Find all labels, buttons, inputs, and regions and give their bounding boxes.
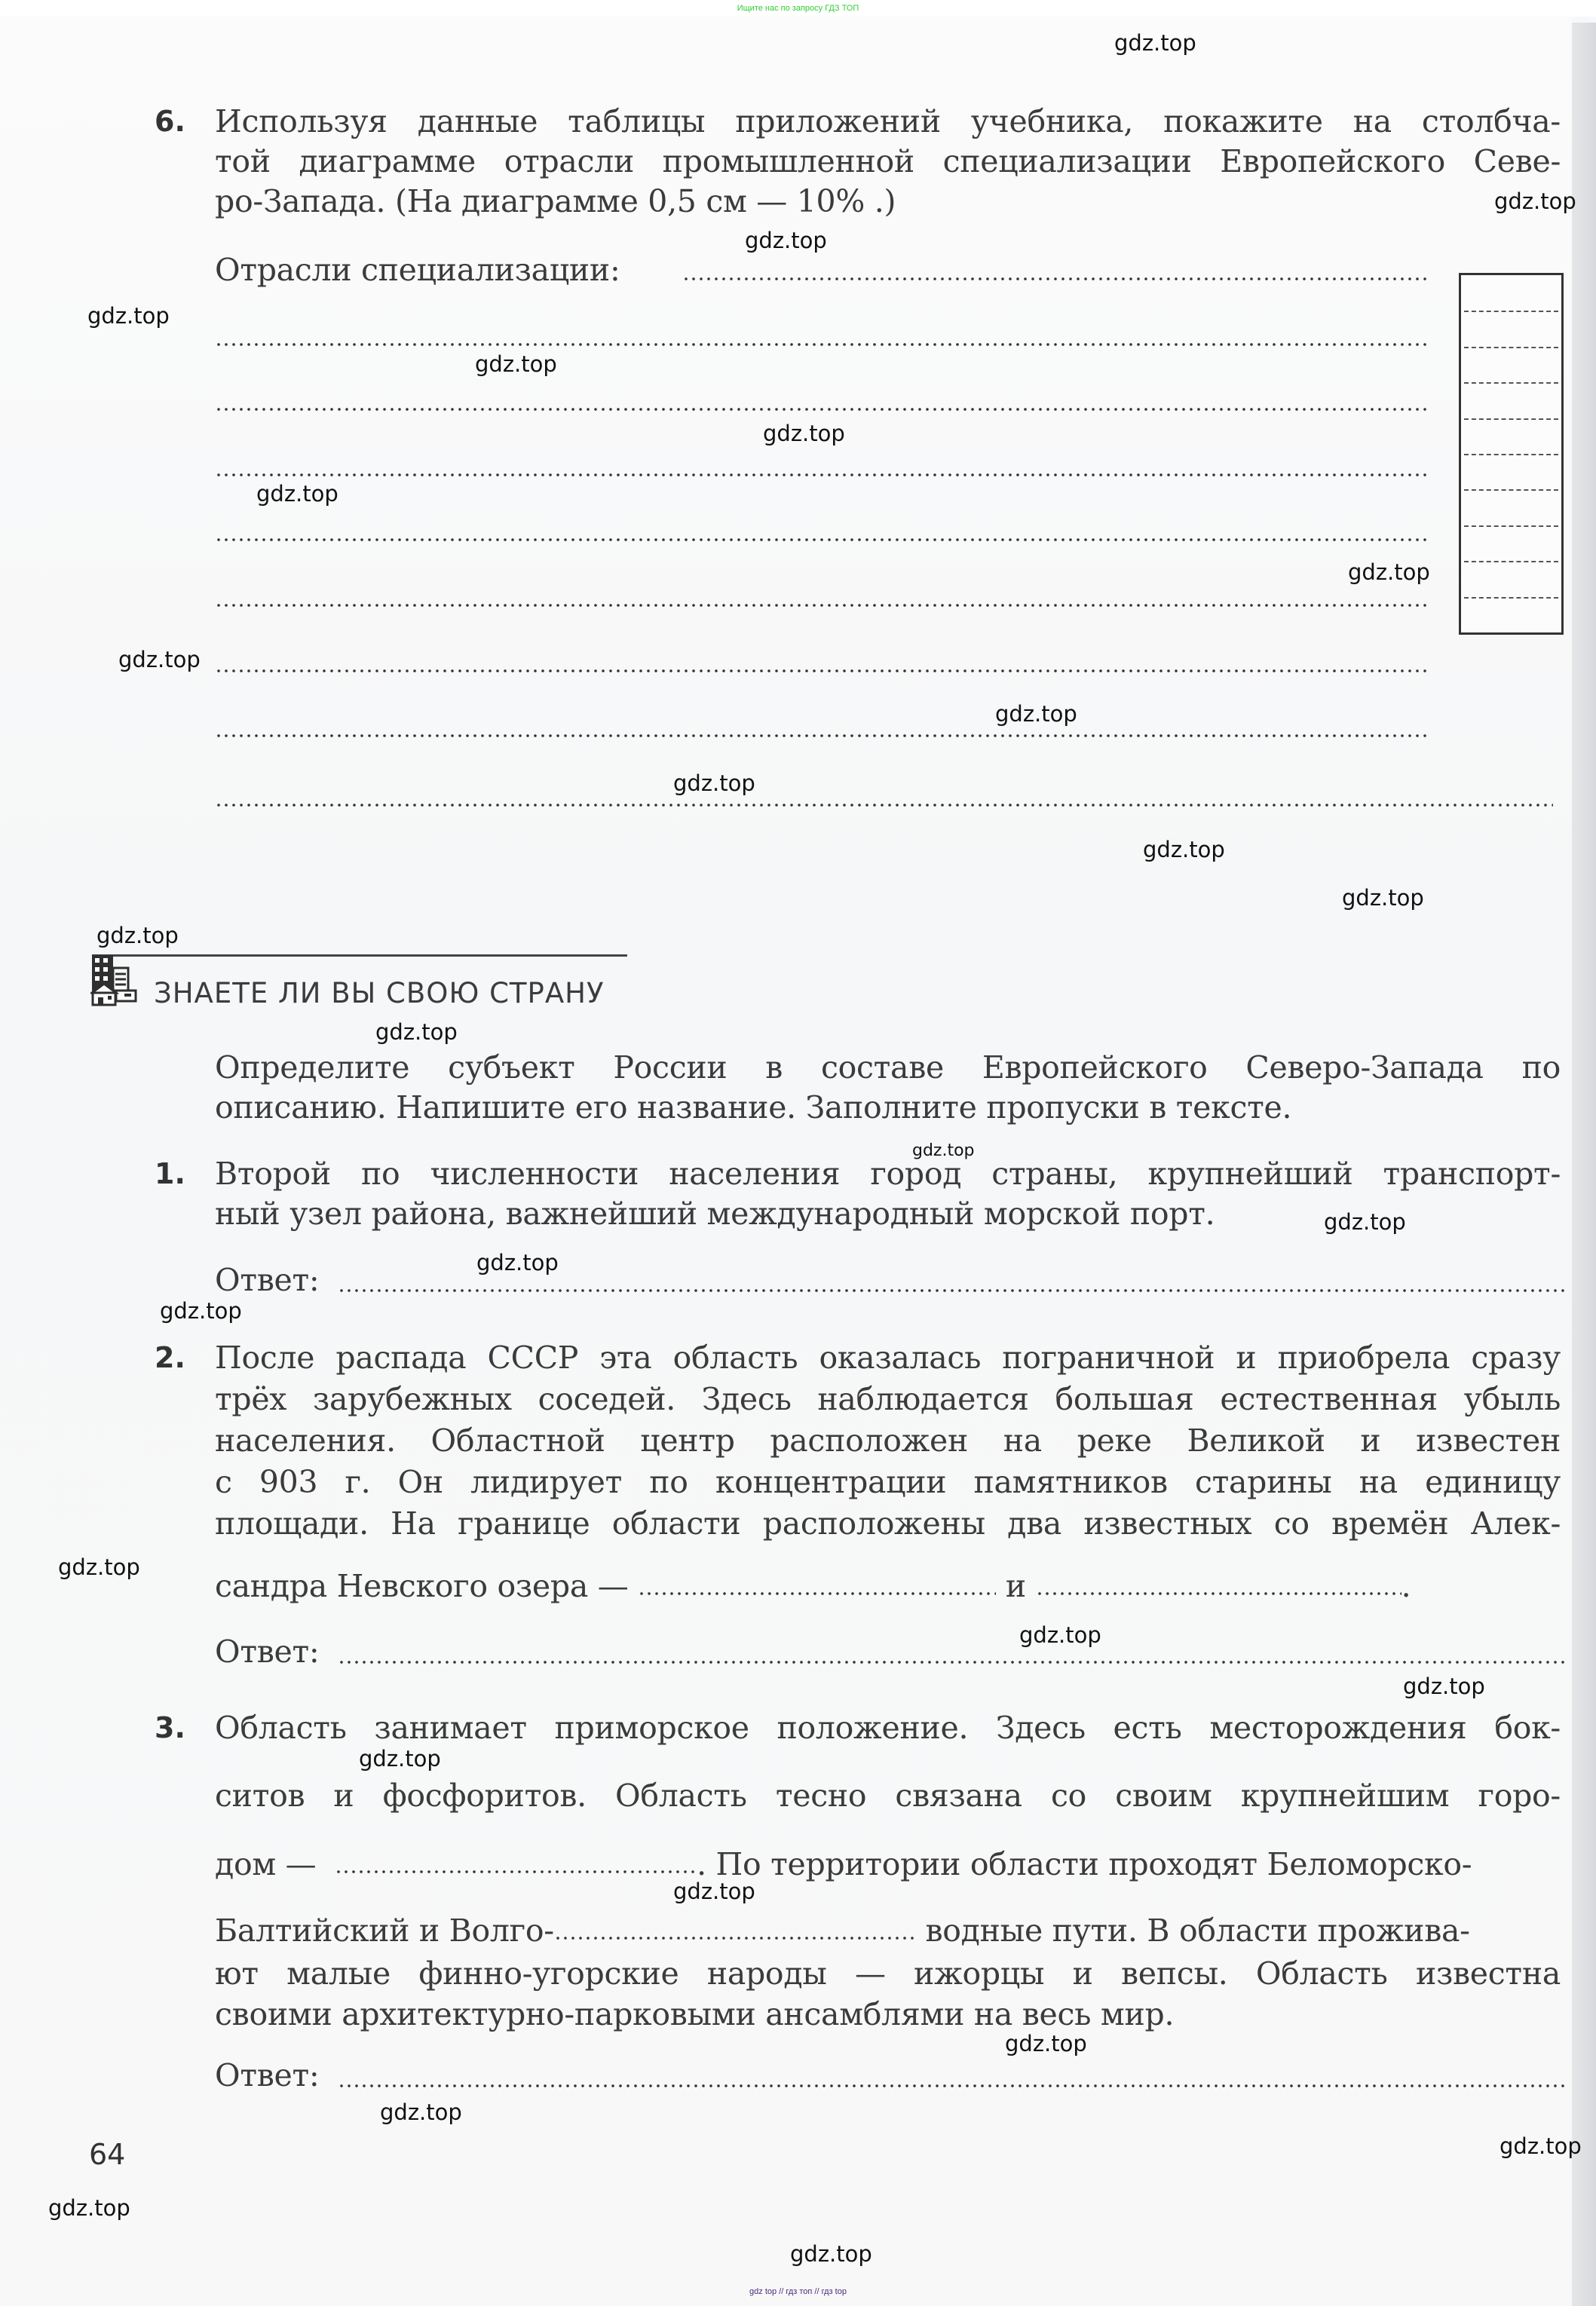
lake-1-field[interactable] [638, 1591, 996, 1597]
watermark: gdz.top [160, 1298, 242, 1324]
task-text-line: ро-Запада. (На диаграмме 0,5 см — 10% .) [215, 182, 896, 221]
fill-middle: и [1006, 1568, 1026, 1604]
question-text-line: ситов и фосфоритов. Область тесно связан… [215, 1776, 1561, 1815]
watermark: gdz.top [1114, 30, 1196, 56]
answer-label: Ответ: [215, 1632, 319, 1671]
buildings-icon [90, 955, 137, 1006]
watermark: gdz.top [58, 1554, 140, 1580]
watermark: gdz.top [1403, 1674, 1485, 1699]
fill-line: сандра Невского озера — и . [215, 1566, 1411, 1606]
specializations-row: Отрасли специализации: [215, 250, 620, 289]
watermark: gdz.top [359, 1746, 441, 1772]
answer-field[interactable] [338, 2083, 1567, 2089]
answer-line[interactable] [215, 472, 1429, 478]
watermark: gdz.top [380, 2099, 462, 2125]
specializations-label: Отрасли специализации: [215, 252, 620, 288]
watermark: gdz.top [1342, 885, 1424, 911]
segment-divider [1464, 489, 1558, 491]
task-number: 6. [155, 102, 185, 141]
segment-divider [1464, 561, 1558, 562]
fill-suffix: . По территории области проходят Беломор… [697, 1846, 1472, 1882]
lake-2-field[interactable] [1036, 1591, 1401, 1597]
question-number: 3. [155, 1708, 185, 1747]
segment-divider [1464, 454, 1558, 455]
question-text-line: площади. На границе области расположены … [215, 1504, 1561, 1543]
top-banner[interactable]: Ищите нас по запросу ГДЗ ТОП [0, 0, 1596, 17]
fill-prefix: Балтийский и Волго- [215, 1912, 554, 1949]
task-text-line: той диаграмме отрасли промышленной специ… [215, 142, 1561, 181]
segment-divider [1464, 311, 1558, 312]
watermark: gdz.top [118, 647, 201, 672]
segment-divider [1464, 597, 1558, 599]
fill-suffix: . [1401, 1568, 1411, 1604]
page-edge-shadow [1572, 23, 1596, 2306]
question-text-line: своими архитектурно-парковыми ансамблями… [215, 1995, 1174, 2034]
segment-divider [1464, 418, 1558, 420]
watermark: gdz.top [475, 351, 557, 377]
watermark: gdz.top [48, 2195, 130, 2221]
watermark: gdz.top [1494, 188, 1576, 214]
answer-field[interactable] [338, 1288, 1567, 1294]
question-number: 2. [155, 1338, 185, 1377]
answer-label: Ответ: [215, 1260, 319, 1300]
watermark: gdz.top [673, 1879, 755, 1904]
segment-divider [1464, 382, 1558, 384]
segment-divider [1464, 347, 1558, 348]
watermark: gdz.top [375, 1019, 458, 1045]
answer-line[interactable] [682, 276, 1429, 282]
segment-divider [1464, 525, 1558, 527]
answer-field[interactable] [338, 1659, 1567, 1665]
answer-line[interactable] [215, 668, 1429, 674]
question-text-line: населения. Областной центр расположен на… [215, 1421, 1561, 1460]
answer-line[interactable] [215, 733, 1429, 739]
question-text-line: Область занимает приморское положение. З… [215, 1708, 1561, 1747]
fill-line: Балтийский и Волго- водные пути. В облас… [215, 1911, 1470, 1950]
page-number: 64 [89, 2138, 125, 2171]
answer-line[interactable] [215, 537, 1429, 543]
waterway-field[interactable] [554, 1935, 916, 1941]
question-text-line: ют малые финно-угорские народы — ижорцы … [215, 1954, 1561, 1993]
watermark: gdz.top [1005, 2031, 1087, 2056]
watermark: gdz.top [745, 228, 827, 253]
watermark: gdz.top [1143, 837, 1225, 862]
question-text-line: Второй по численности населения город ст… [215, 1154, 1561, 1193]
fill-prefix: дом — [215, 1846, 316, 1882]
watermark: gdz.top [1019, 1622, 1101, 1648]
section-divider [92, 954, 627, 957]
watermark: gdz.top [1348, 559, 1430, 585]
watermark: gdz.top [790, 2241, 872, 2267]
answer-label: Ответ: [215, 2056, 319, 2095]
question-number: 1. [155, 1154, 185, 1193]
question-text-line: трёх зарубежных соседей. Здесь наблюдает… [215, 1380, 1561, 1419]
watermark: gdz.top [912, 1141, 975, 1160]
watermark: gdz.top [673, 770, 755, 796]
bar-diagram-frame[interactable] [1459, 273, 1564, 635]
watermark: gdz.top [995, 701, 1077, 727]
section-title: ЗНАЕТЕ ЛИ ВЫ СВОЮ СТРАНУ [154, 977, 605, 1009]
question-text-line: с 903 г. Он лидирует по концентрации пам… [215, 1462, 1561, 1502]
answer-line[interactable] [215, 406, 1429, 412]
watermark: gdz.top [1500, 2133, 1582, 2159]
watermark: gdz.top [256, 481, 338, 507]
watermark: gdz.top [87, 303, 170, 329]
watermark: gdz.top [96, 923, 179, 948]
answer-line[interactable] [215, 602, 1429, 608]
watermark: gdz.top [763, 421, 845, 446]
question-text-line: ный узел района, важнейший международный… [215, 1194, 1215, 1233]
question-text-line: После распада СССР эта область оказалась… [215, 1338, 1561, 1377]
fill-prefix: сандра Невского озера — [215, 1568, 628, 1604]
answer-line[interactable] [215, 341, 1429, 348]
section-intro-line: описанию. Напишите его название. Заполни… [215, 1088, 1291, 1127]
fill-suffix: водные пути. В области прожива- [926, 1912, 1470, 1949]
fill-line: дом — . По территории области проходят Б… [215, 1845, 1472, 1884]
answer-line-final[interactable] [215, 802, 1553, 808]
bottom-banner[interactable]: gdz top // гдз топ // гдз top [0, 2284, 1596, 2299]
section-intro-line: Определите субъект России в составе Евро… [215, 1048, 1561, 1087]
task-text-line: Используя данные таблицы приложений учеб… [215, 102, 1561, 141]
watermark: gdz.top [476, 1250, 559, 1275]
watermark: gdz.top [1324, 1209, 1406, 1235]
city-field[interactable] [335, 1869, 697, 1875]
